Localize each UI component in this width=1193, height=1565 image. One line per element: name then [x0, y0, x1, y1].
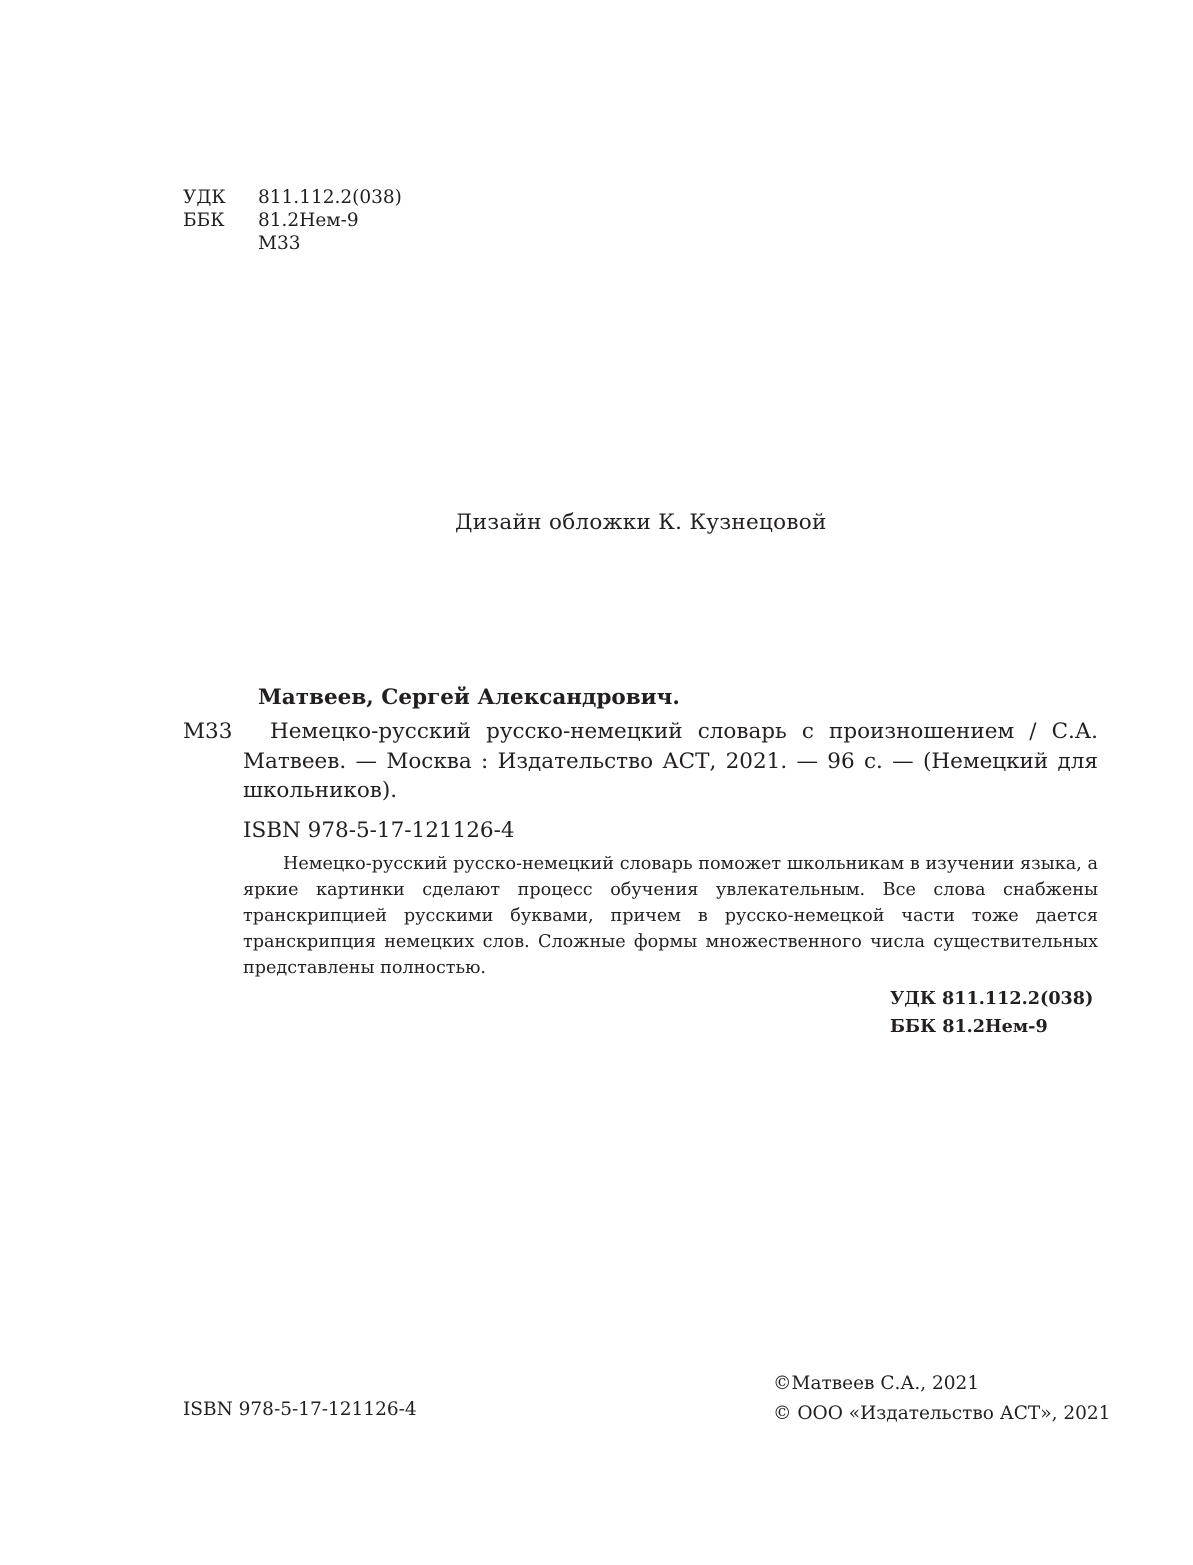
- bbk-row: ББК 81.2Нем-9: [183, 209, 402, 232]
- author-mark-code: М33: [183, 719, 232, 744]
- bbk-label: ББК: [183, 209, 258, 232]
- classification-block: УДК 811.112.2(038) ББК 81.2Нем-9 М33: [183, 186, 402, 255]
- cover-design-credit: Дизайн обложки К. Кузнецовой: [455, 510, 827, 535]
- bbk-summary: ББК 81.2Нем-9: [890, 1013, 1093, 1041]
- copyright-block: ©Матвеев С.А., 2021 © ООО «Издательство …: [773, 1369, 1110, 1429]
- udk-summary: УДК 811.112.2(038): [890, 985, 1093, 1013]
- bibliographic-description: Немецко-русский русско-немецкий словарь …: [243, 717, 1098, 806]
- isbn-footer: ISBN 978-5-17-121126-4: [183, 1399, 417, 1420]
- udk-value: 811.112.2(038): [258, 186, 402, 209]
- udk-label: УДК: [183, 186, 258, 209]
- author-mark-label: [183, 232, 258, 255]
- udk-row: УДК 811.112.2(038): [183, 186, 402, 209]
- isbn-record: ISBN 978-5-17-121126-4: [243, 818, 515, 843]
- author-mark-value: М33: [258, 232, 300, 255]
- copyright-publisher: © ООО «Издательство АСТ», 2021: [773, 1399, 1110, 1429]
- author-mark-row: М33: [183, 232, 402, 255]
- classification-summary: УДК 811.112.2(038) ББК 81.2Нем-9: [890, 985, 1093, 1041]
- annotation-paragraph: Немецко-русский русско-немецкий словарь …: [243, 851, 1098, 981]
- author-heading: Матвеев, Сергей Александрович.: [258, 685, 680, 710]
- copyright-author: ©Матвеев С.А., 2021: [773, 1369, 1110, 1399]
- bbk-value: 81.2Нем-9: [258, 209, 359, 232]
